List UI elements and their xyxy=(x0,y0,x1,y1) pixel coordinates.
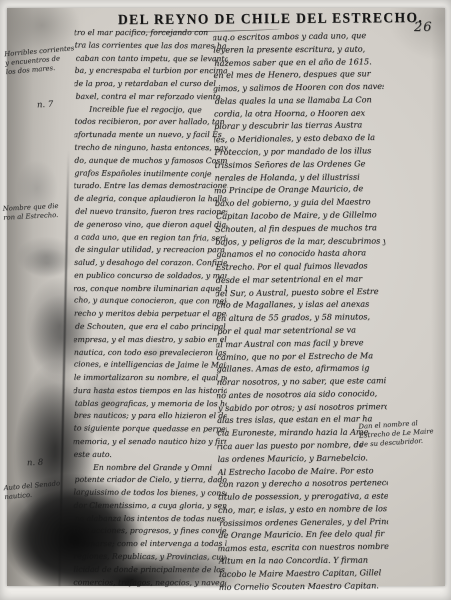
manuscript-line: de alegria, conque aplaudieron la hallad… xyxy=(74,193,227,206)
manuscript-line: dura hasta estos tiempos en las historia… xyxy=(73,385,226,398)
manuscript-line: Altum en la nao Concordia. Y firman xyxy=(219,553,389,567)
manuscript-line: potente criador de Cielo, y tierra, dado… xyxy=(75,474,228,487)
manuscript-line: de singular utilidad, y recreacion para … xyxy=(75,244,228,257)
manuscript-line: trissimos Señores de las Ordenes Ge xyxy=(214,157,384,172)
manuscript-line: mo Cornelio Scouten Maestro Capitan. xyxy=(219,579,389,593)
manuscript-line: tablas geograficas, y memoria de los hom xyxy=(75,397,228,410)
manuscript-line: y sabido por otros; y asi nosotros prime… xyxy=(218,400,388,415)
manuscript-line: de Schouten, que era el cabo principal d… xyxy=(75,321,228,334)
manuscript-line: salud, y desahogo del corazon. Confirier… xyxy=(74,257,227,270)
manuscript-line: tras acciones, progresos, y fines convie… xyxy=(73,525,226,538)
manuscript-line: En nombre del Grande y Omni xyxy=(74,461,227,474)
margin-note-n7: n. 7 xyxy=(37,101,54,111)
manuscript-line: rosissimos ordenes Generales, y del Prin… xyxy=(219,515,389,530)
manuscript-line: este auto. xyxy=(74,449,227,462)
manuscript-line: baxel, contra el mar reforzado viento. xyxy=(76,91,228,104)
manuscript-line: todos recibieron, por aver hallado, tan xyxy=(74,116,227,129)
manuscript-line: de la proa, y retardaban el curso del xyxy=(74,78,227,91)
manuscript-line: tro el mar pacifico, forcejando con xyxy=(74,27,227,40)
margin-note-strait-name: Nombre que die ron al Estrecho. xyxy=(3,201,72,223)
manuscript-line: empresa, y el mas diestro, y sabio en el… xyxy=(73,334,226,347)
manuscript-line: ros, conque nombre iluminarian aquel Est… xyxy=(73,283,226,296)
manuscript-line: del nuevo transito, fueron tres raciones xyxy=(75,206,228,219)
manuscript-line: delas quales la una se llamaba La Con xyxy=(215,93,385,108)
manuscript-line: afortunada mente un nuevo, y facil Es xyxy=(73,129,226,142)
manuscript-line: to siguiente porque quedasse en perpetua xyxy=(74,423,227,437)
manuscript-line: larguissimo de todos los bienes, y conse… xyxy=(73,487,226,501)
manuscript-line: las ordenes Mauricio, y Barnebelcio. xyxy=(217,451,387,466)
manuscript-line: bres nauticos; y para ello hizieron el d… xyxy=(74,410,227,423)
manuscript-line: cho de Magallanes, y islas ael anexas xyxy=(216,298,386,312)
manuscript-line: grafos Españoles inutilmente conje xyxy=(74,167,227,181)
manuscript-line: ba, y encrespaba el turbion por encima xyxy=(75,65,228,78)
manuscript-column-left: tro el mar pacifico, forcejando contra l… xyxy=(73,27,227,593)
manuscript-line: turado. Entre las demas demostraciones xyxy=(73,180,226,193)
manuscript-line: memoria, y el senado nautico hizo y firm… xyxy=(73,436,225,449)
manuscript-line: Increible fue el regocijo, que xyxy=(74,103,227,117)
photo-print: DEL REYNO DE CHILE DEL ESTRECHO. 26 tro … xyxy=(0,0,451,600)
manuscript-line: Capitan Iacobo de Maire, y de Gillelmo xyxy=(216,208,386,223)
page-title: DEL REYNO DE CHILE DEL ESTRECHO. xyxy=(118,10,386,29)
manuscript-line: ordenarse; como el intervenga a todas la… xyxy=(73,538,225,551)
manuscript-line: do, aunque de muchos y famosos Cosmo xyxy=(74,155,227,168)
manuscript-line: dor Clementissimo, a cuya gloria, y semp… xyxy=(73,500,226,513)
manuscript-line: al mar Austral con mas facil y breve xyxy=(215,336,385,351)
manuscript-line: licidad de donde principalmente de los xyxy=(73,564,226,577)
manuscript-line: le immortalizaron su nombre, el qual per xyxy=(74,372,227,385)
manuscript-line: tra las corrientes que las dos mares ha xyxy=(75,39,228,53)
manuscript-line: Iacobo le Maire Maestro Capitan, Gillel xyxy=(219,566,389,581)
manuscript-line: ganamos el no conocido hasta ahora xyxy=(216,246,386,261)
manuscript-line: comercios, trafagos, negocios, y navegac… xyxy=(73,576,226,589)
manuscript-line: titulo de possession, y prerogativa, a e… xyxy=(218,490,388,504)
manuscript-line: cordia, la otra Hoorna, o Hooren aex xyxy=(214,106,384,120)
margin-note-n8: n. 8 xyxy=(27,459,44,469)
manuscript-line: a cada uno, que en region tan fria, seri… xyxy=(74,231,227,245)
manuscript-line: cho, y aunque conocieron, que con mejor … xyxy=(74,295,227,309)
manuscript-line: nautica, con todo eso prevalecieron las … xyxy=(74,346,227,359)
manuscript-line: recho y meritos debia perpetuar el apell… xyxy=(74,308,227,321)
manuscript-line: na alabanza los intentos de todas nues xyxy=(74,512,227,525)
manuscript-line: hazemos saber que en el año de 1615. xyxy=(214,55,384,70)
manuscript-line: les, o Meridionales, y esto debaxo de la xyxy=(213,131,383,146)
manuscript-column-right: auq.o escritos ambos y cada uno, queleye… xyxy=(213,29,389,593)
manuscript-line: trecho de ninguno, hasta entonces, naveg… xyxy=(74,142,227,155)
manuscript-line: Schouten, al fin despues de muchos tra xyxy=(215,221,385,236)
manuscript-line: caban con tanto impetu, que se levanta xyxy=(76,52,228,65)
page-number: 26 xyxy=(414,20,433,35)
manuscript-line: en publico concurso de soldados, y marin… xyxy=(74,270,227,283)
manuscript-line: ciones, e intelligencias de Jaime le Mai… xyxy=(74,359,227,373)
manuscript-line: de generoso vino, que dieron aquel dia xyxy=(74,219,227,232)
manuscript-line: regiones, Republicas, y Provincias, cuya… xyxy=(73,550,226,564)
margin-note-lemaire-strait: Dan el nombre al Estrecho de Le Maire de… xyxy=(358,417,449,449)
manuscript-line: gallanes. Amas de esto, afirmamos ig xyxy=(217,362,387,376)
